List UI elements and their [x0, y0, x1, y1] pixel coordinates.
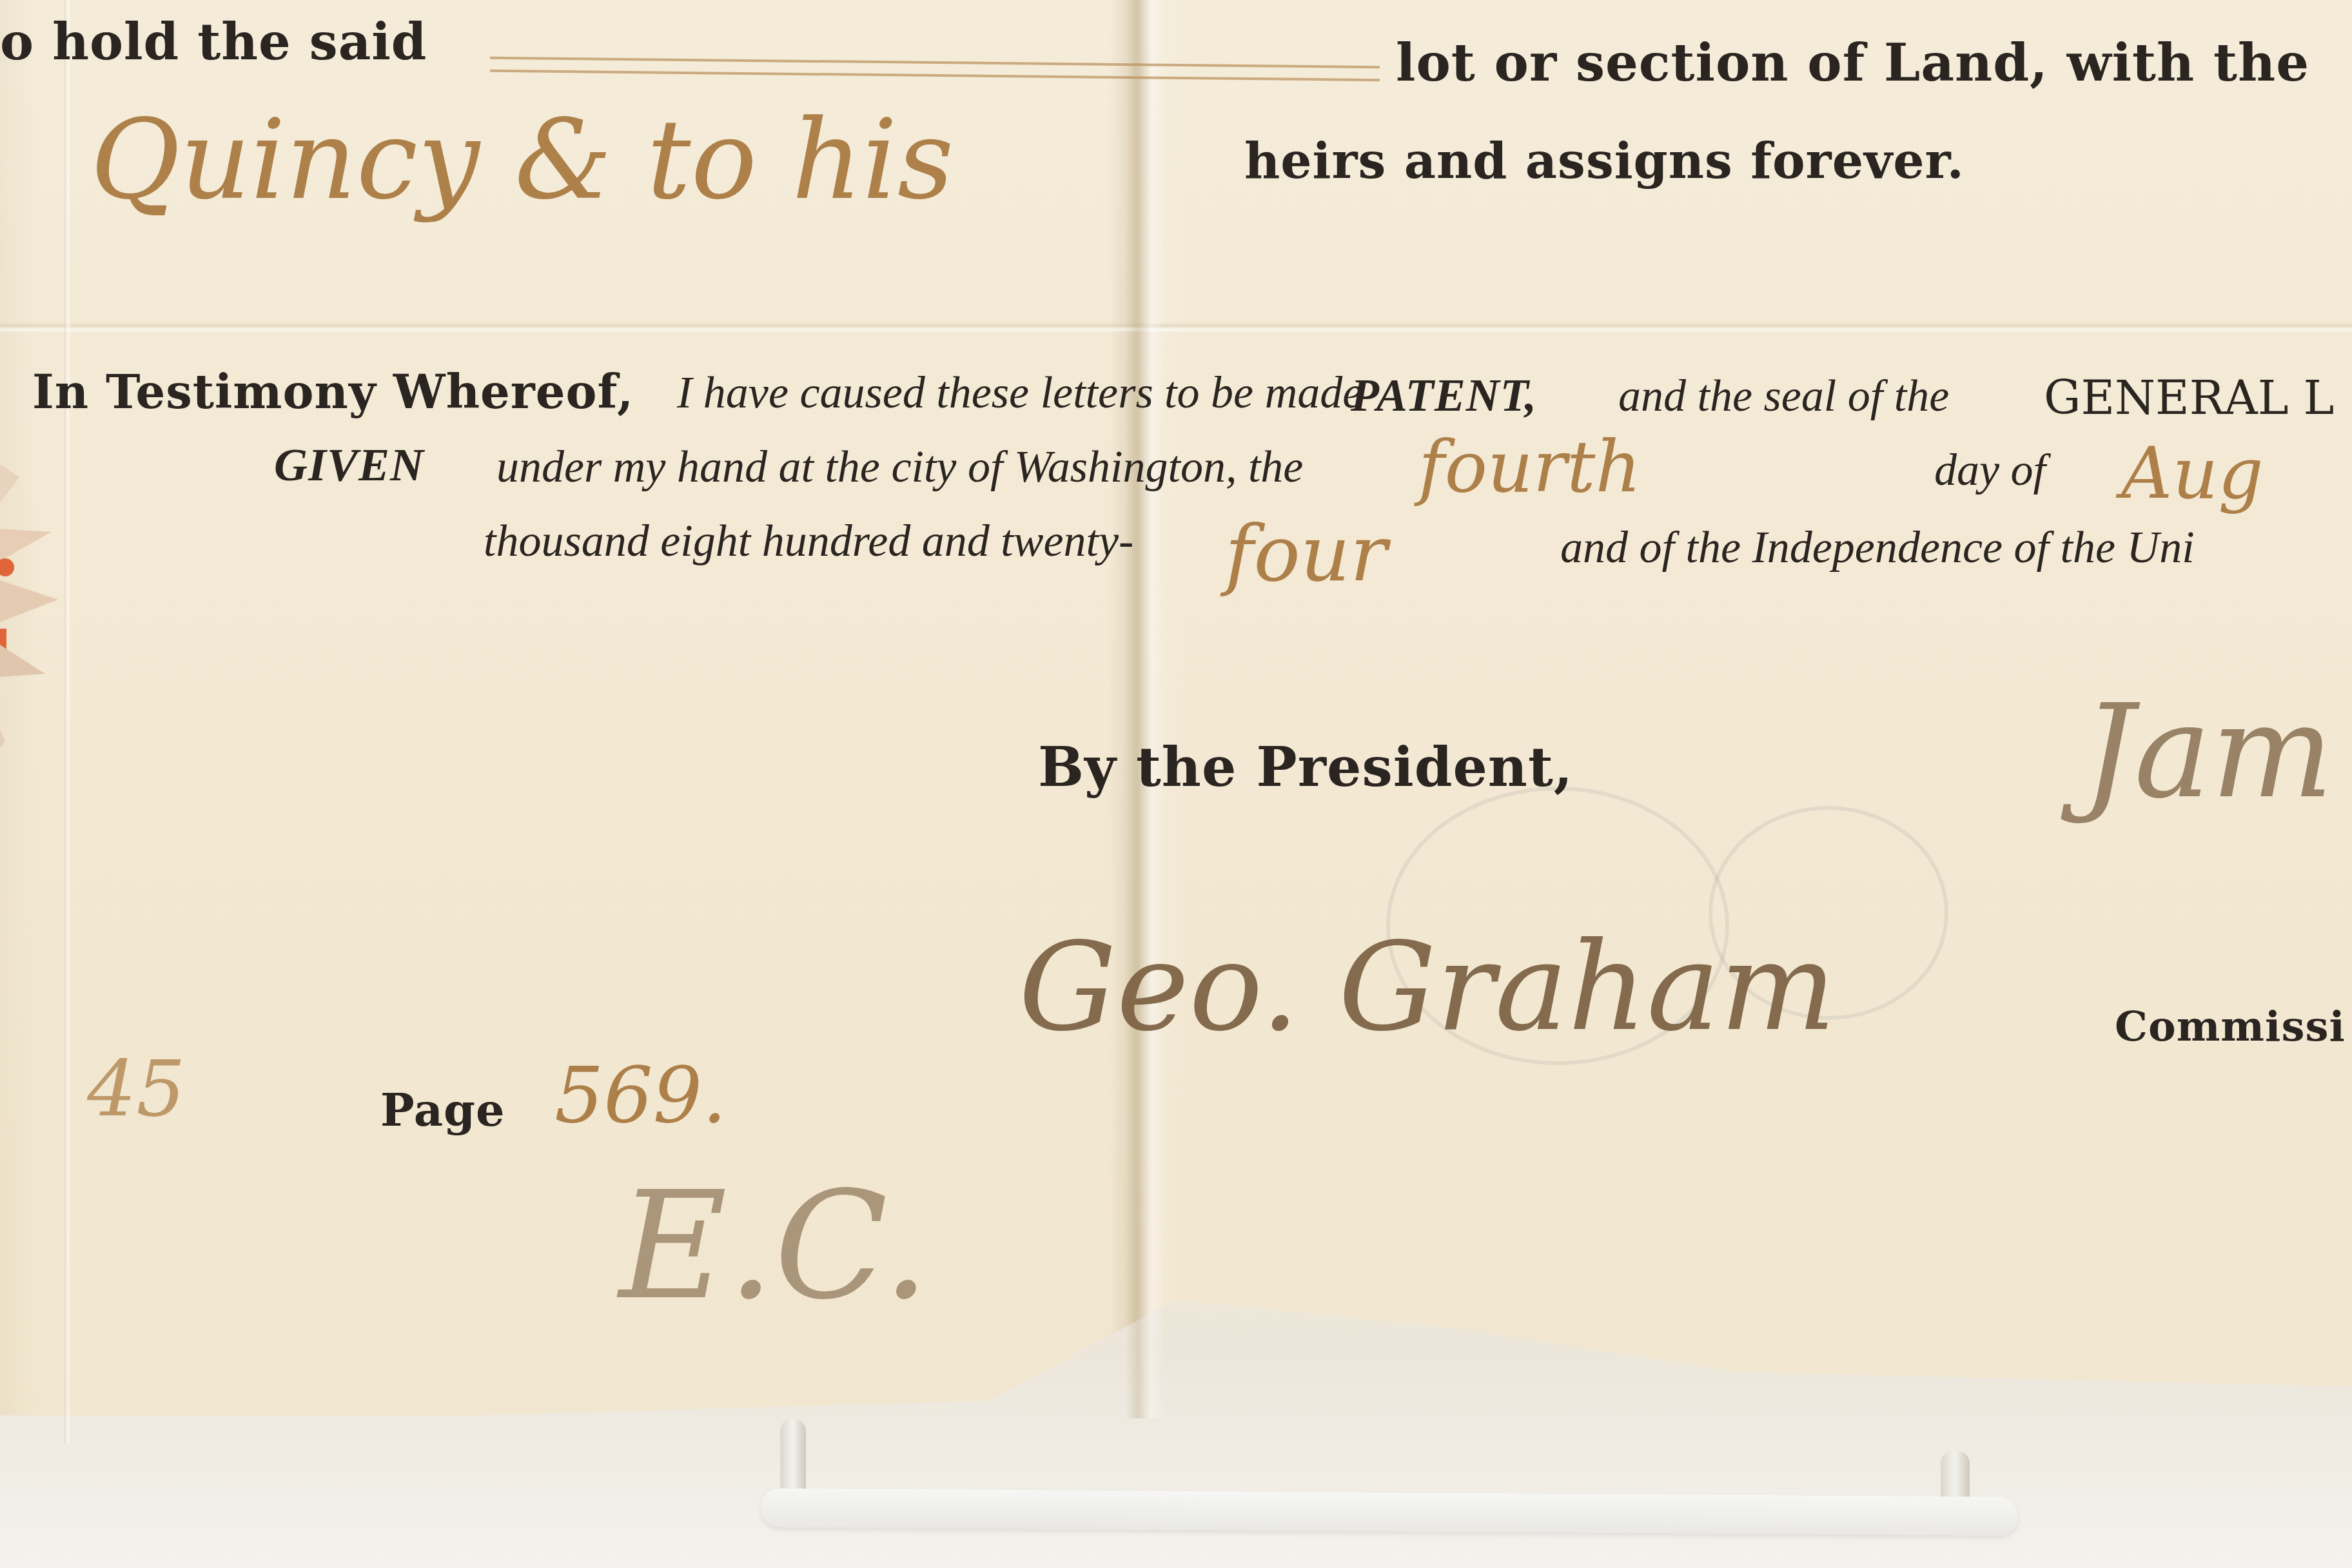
given-text: under my hand at the city of Washington,…	[496, 442, 1303, 493]
paper-fold-vertical	[64, 0, 71, 1444]
commissioner-title: Commissi	[2115, 1003, 2346, 1051]
general-land-office: GENERAL L	[2044, 371, 2334, 425]
day-of-text: day of	[1934, 445, 2046, 496]
handwritten-grantee: Quincy & to his	[90, 97, 954, 224]
patent-word: PATENT,	[1351, 369, 1537, 422]
thousand-text: thousand eight hundred and twenty-	[484, 516, 1133, 567]
independence-text: and of the Independence of the Uni	[1560, 522, 2195, 574]
given-word: GIVEN	[274, 438, 424, 492]
commissioner-signature: Geo. Graham	[1019, 916, 1836, 1058]
printed-line-lot-section: lot or section of Land, with the	[1396, 32, 2309, 93]
printed-line-hold-said: o hold the said	[0, 13, 427, 72]
testimony-text: I have caused these letters to be made	[677, 367, 1362, 419]
handwritten-page-number: 569.	[554, 1051, 727, 1141]
handwritten-initials: E.C.	[619, 1161, 930, 1333]
paper-fold-horizontal	[0, 322, 2352, 333]
testimony-blackletter: In Testimony Whereof,	[32, 364, 634, 419]
handwritten-day: fourth	[1418, 426, 1641, 508]
handwritten-volume: 45	[87, 1044, 186, 1134]
by-the-president: By the President,	[1038, 735, 1573, 799]
handwritten-month: Aug	[2121, 432, 2264, 514]
seal-text: and the seal of the	[1618, 371, 1949, 422]
page-label: Page	[380, 1083, 505, 1137]
president-signature: Jam	[2082, 677, 2333, 827]
display-stand	[761, 1488, 2018, 1536]
handwritten-year: four	[1225, 509, 1387, 599]
photo-scene: o hold the said lot or section of Land, …	[0, 0, 2352, 1568]
center-crease	[1125, 0, 1164, 1418]
printed-line-heirs: heirs and assigns forever.	[1244, 132, 1965, 190]
seal-ribbon-icon	[0, 451, 64, 903]
